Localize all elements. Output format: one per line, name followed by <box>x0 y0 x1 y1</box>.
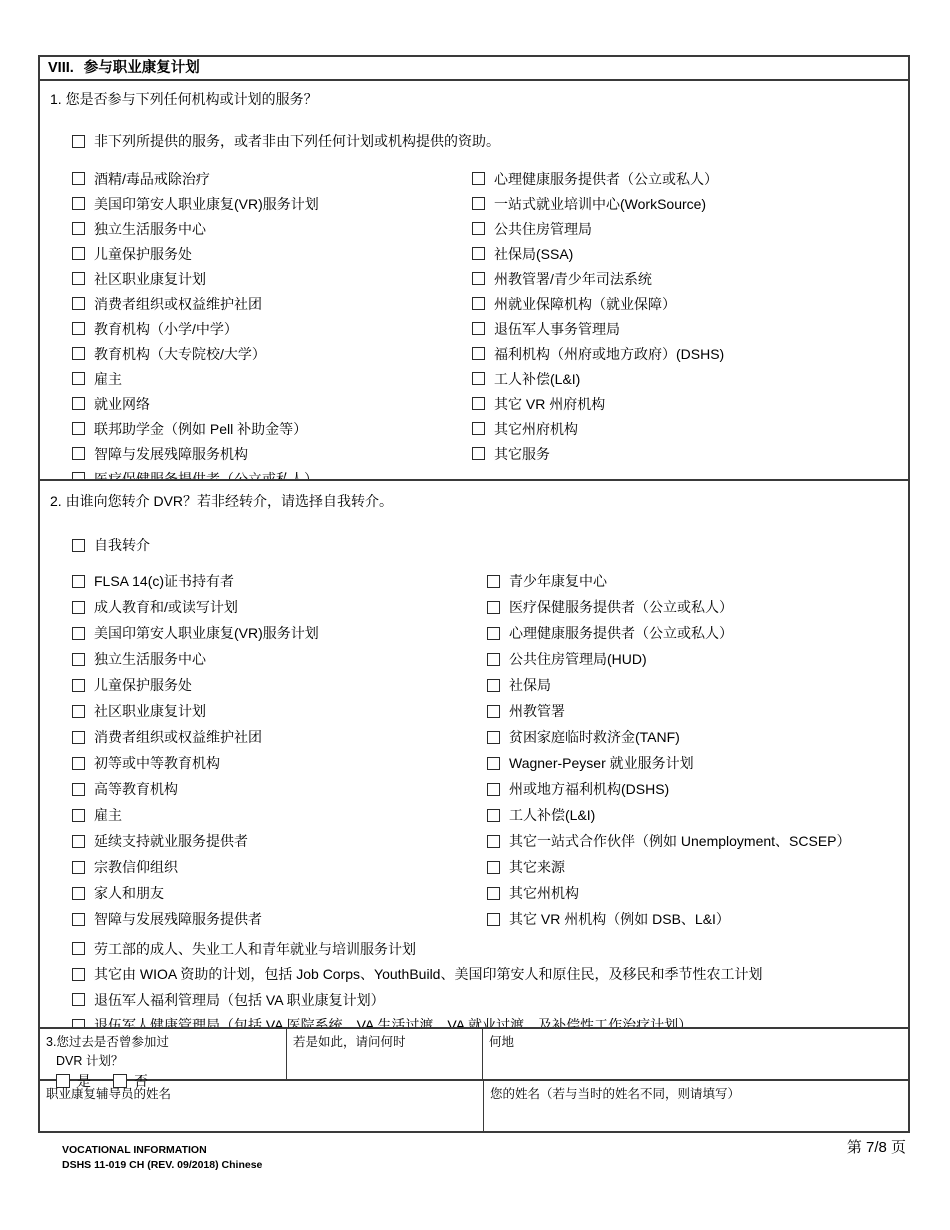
checkbox-option: 独立生活服务中心 <box>72 646 487 672</box>
checkbox-label: 其它由 WIOA 资助的计划，包括 Job Corps、YouthBuild、美… <box>94 964 762 984</box>
checkbox-option: 美国印第安人职业康复(VR)服务计划 <box>72 620 487 646</box>
checkbox-option: 一站式就业培训中心(WorkSource) <box>472 191 898 216</box>
checkbox-option: 雇主 <box>72 802 487 828</box>
question-1-options: 酒精/毒品戒除治疗美国印第安人职业康复(VR)服务计划独立生活服务中心儿童保护服… <box>72 166 898 481</box>
checkbox[interactable] <box>72 135 85 148</box>
checkbox[interactable] <box>72 447 85 460</box>
checkbox-label: 成人教育和/或读写计划 <box>94 597 238 617</box>
checkbox[interactable] <box>72 679 85 692</box>
checkbox-label: 就业网络 <box>94 394 150 414</box>
checkbox-option: 其它 VR 州府机构 <box>472 391 898 416</box>
checkbox-option: 智障与发展残障服务提供者 <box>72 906 487 932</box>
checkbox-label: 退伍军人福利管理局（包括 VA 职业康复计划） <box>94 990 385 1010</box>
checkbox[interactable] <box>472 197 485 210</box>
checkbox[interactable] <box>487 575 500 588</box>
checkbox-option: Wagner-Peyser 就业服务计划 <box>487 750 898 776</box>
names-row: 职业康复辅导员的姓名 您的姓名（若与当时的姓名不同，则请填写） <box>40 1081 908 1131</box>
checkbox-label: 心理健康服务提供者（公立或私人） <box>509 623 733 643</box>
when-cell: 若是如此，请问何时 <box>286 1029 482 1079</box>
checkbox-label: 心理健康服务提供者（公立或私人） <box>494 169 718 189</box>
checkbox-label: 独立生活服务中心 <box>94 649 206 669</box>
checkbox[interactable] <box>72 197 85 210</box>
checkbox[interactable] <box>487 627 500 640</box>
checkbox-option: 智障与发展残障服务机构 <box>72 441 472 466</box>
checkbox-label: 退伍军人健康管理局（包括 VA 医院系统、VA 生活过渡、VA 就业过渡，及补偿… <box>94 1015 692 1029</box>
checkbox[interactable] <box>487 731 500 744</box>
checkbox-option-self-referral: 自我转介 <box>72 535 898 555</box>
checkbox-label: 美国印第安人职业康复(VR)服务计划 <box>94 194 319 214</box>
checkbox[interactable] <box>487 887 500 900</box>
question-1-right-column: 心理健康服务提供者（公立或私人）一站式就业培训中心(WorkSource)公共住… <box>472 166 898 481</box>
checkbox-option: 贫困家庭临时救济金(TANF) <box>487 724 898 750</box>
checkbox[interactable] <box>72 575 85 588</box>
checkbox[interactable] <box>72 705 85 718</box>
question-2-right-column: 青少年康复中心医疗保健服务提供者（公立或私人）心理健康服务提供者（公立或私人）公… <box>487 568 898 932</box>
checkbox[interactable] <box>72 861 85 874</box>
checkbox-label: 其它 VR 州府机构 <box>494 394 605 414</box>
checkbox-label: 智障与发展残障服务机构 <box>94 444 248 464</box>
checkbox-option: 其它服务 <box>472 441 898 466</box>
checkbox-label: 州或地方福利机构(DSHS) <box>509 779 669 799</box>
checkbox-option: 工人补偿(L&I) <box>472 366 898 391</box>
checkbox-option: 美国印第安人职业康复(VR)服务计划 <box>72 191 472 216</box>
checkbox[interactable] <box>72 297 85 310</box>
checkbox-option: 退伍军人事务管理局 <box>472 316 898 341</box>
checkbox[interactable] <box>472 247 485 260</box>
checkbox-option: 公共住房管理局(HUD) <box>487 646 898 672</box>
checkbox[interactable] <box>487 757 500 770</box>
question-2-label: 2. 由谁向您转介 DVR？若非经转介，请选择自我转介。 <box>50 491 898 511</box>
checkbox-option: 社区职业康复计划 <box>72 698 487 724</box>
checkbox-option-none: 非下列所提供的服务，或者非由下列任何计划或机构提供的资助。 <box>72 131 898 151</box>
checkbox[interactable] <box>72 247 85 260</box>
checkbox-label: 消费者组织或权益维护社团 <box>94 294 262 314</box>
your-name-cell: 您的姓名（若与当时的姓名不同，则请填写） <box>483 1081 908 1131</box>
checkbox[interactable] <box>487 783 500 796</box>
checkbox[interactable] <box>487 913 500 926</box>
checkbox-label: 初等或中等教育机构 <box>94 753 220 773</box>
checkbox-option: 成人教育和/或读写计划 <box>72 594 487 620</box>
checkbox-option: 延续支持就业服务提供者 <box>72 828 487 854</box>
checkbox-label: 其它州机构 <box>509 883 579 903</box>
checkbox[interactable] <box>72 913 85 926</box>
checkbox-option: 消费者组织或权益维护社团 <box>72 291 472 316</box>
checkbox[interactable] <box>72 731 85 744</box>
counselor-name-label: 职业康复辅导员的姓名 <box>46 1084 477 1102</box>
checkbox[interactable] <box>72 397 85 410</box>
checkbox-label: 独立生活服务中心 <box>94 219 206 239</box>
section-numeral: VIII. <box>48 60 74 76</box>
checkbox-label: 医疗保健服务提供者（公立或私人） <box>509 597 733 617</box>
checkbox-option: 州就业保障机构（就业保障） <box>472 291 898 316</box>
checkbox-option: 家人和朋友 <box>72 880 487 906</box>
checkbox[interactable] <box>472 422 485 435</box>
checkbox-label: 其它一站式合作伙伴（例如 Unemployment、SCSEP） <box>509 831 851 851</box>
checkbox[interactable] <box>472 397 485 410</box>
checkbox[interactable] <box>72 887 85 900</box>
checkbox-label: 福利机构（州府或地方政府）(DSHS) <box>494 344 724 364</box>
checkbox-label: 自我转介 <box>94 535 150 555</box>
checkbox-label: 智障与发展残障服务提供者 <box>94 909 262 929</box>
question-3-cell: 3.您过去是否曾参加过 DVR 计划？ 是 否 <box>40 1029 286 1079</box>
question-1-left-column: 酒精/毒品戒除治疗美国印第安人职业康复(VR)服务计划独立生活服务中心儿童保护服… <box>72 166 472 481</box>
checkbox[interactable] <box>72 627 85 640</box>
checkbox[interactable] <box>72 809 85 822</box>
checkbox[interactable] <box>72 653 85 666</box>
checkbox[interactable] <box>72 783 85 796</box>
checkbox-option: 就业网络 <box>72 391 472 416</box>
checkbox-option: 社保局 <box>487 672 898 698</box>
checkbox[interactable] <box>487 679 500 692</box>
question-3-label-line1: 3.您过去是否曾参加过 <box>46 1032 280 1050</box>
checkbox-option: FLSA 14(c)证书持有者 <box>72 568 487 594</box>
checkbox-label: 其它州府机构 <box>494 419 578 439</box>
counselor-name-input[interactable] <box>42 1101 481 1129</box>
checkbox-label: 州就业保障机构（就业保障） <box>494 294 676 314</box>
checkbox-label: 社保局 <box>509 675 551 695</box>
checkbox-option: 其它 VR 州机构（例如 DSB、L&I） <box>487 906 898 932</box>
checkbox[interactable] <box>72 757 85 770</box>
where-input[interactable] <box>485 1049 906 1077</box>
question-1-block: 1. 您是否参与下列任何机构或计划的服务？ 非下列所提供的服务，或者非由下列任何… <box>40 81 908 481</box>
question-1-label: 1. 您是否参与下列任何机构或计划的服务？ <box>50 89 898 109</box>
checkbox-option: 医疗保健服务提供者（公立或私人） <box>72 466 472 481</box>
checkbox-label: 工人补偿(L&I) <box>494 369 580 389</box>
checkbox-label: 高等教育机构 <box>94 779 178 799</box>
checkbox[interactable] <box>472 222 485 235</box>
checkbox[interactable] <box>72 472 85 481</box>
checkbox-label: 美国印第安人职业康复(VR)服务计划 <box>94 623 319 643</box>
checkbox-option: 福利机构（州府或地方政府）(DSHS) <box>472 341 898 366</box>
checkbox[interactable] <box>72 222 85 235</box>
checkbox-option: 社保局(SSA) <box>472 241 898 266</box>
checkbox-label: 贫困家庭临时救济金(TANF) <box>509 727 680 747</box>
checkbox[interactable] <box>72 272 85 285</box>
checkbox[interactable] <box>472 272 485 285</box>
checkbox-label: 教育机构（大专院校/大学） <box>94 344 266 364</box>
checkbox-option: 公共住房管理局 <box>472 216 898 241</box>
checkbox-label: 公共住房管理局 <box>494 219 592 239</box>
checkbox[interactable] <box>487 861 500 874</box>
checkbox-label: 工人补偿(L&I) <box>509 805 595 825</box>
checkbox-label: 酒精/毒品戒除治疗 <box>94 169 210 189</box>
where-label: 何地 <box>489 1032 902 1050</box>
checkbox-label: 雇主 <box>94 805 122 825</box>
question-2-options: FLSA 14(c)证书持有者成人教育和/或读写计划美国印第安人职业康复(VR)… <box>72 568 898 932</box>
checkbox-option: 高等教育机构 <box>72 776 487 802</box>
checkbox-option: 州教管署 <box>487 698 898 724</box>
checkbox-option: 社区职业康复计划 <box>72 266 472 291</box>
section-title: 参与职业康复计划 <box>84 60 200 76</box>
checkbox-option: 其它来源 <box>487 854 898 880</box>
checkbox-label: 青少年康复中心 <box>509 571 607 591</box>
checkbox-label: 联邦助学金（例如 Pell 补助金等） <box>94 419 307 439</box>
checkbox[interactable] <box>487 835 500 848</box>
checkbox[interactable] <box>487 653 500 666</box>
checkbox-label: 非下列所提供的服务，或者非由下列任何计划或机构提供的资助。 <box>94 131 500 151</box>
checkbox-label: 医疗保健服务提供者（公立或私人） <box>94 469 318 482</box>
checkbox[interactable] <box>472 322 485 335</box>
checkbox-option: 联邦助学金（例如 Pell 补助金等） <box>72 416 472 441</box>
checkbox-option: 劳工部的成人、失业工人和青年就业与培训服务计划 <box>72 936 898 962</box>
checkbox-label: 其它 VR 州机构（例如 DSB、L&I） <box>509 909 730 929</box>
question-3-label-line2: DVR 计划？ <box>46 1051 280 1069</box>
checkbox-option: 教育机构（小学/中学） <box>72 316 472 341</box>
checkbox[interactable] <box>487 705 500 718</box>
checkbox-option: 心理健康服务提供者（公立或私人） <box>487 620 898 646</box>
checkbox-label: 州教管署 <box>509 701 565 721</box>
question-2-block: 2. 由谁向您转介 DVR？若非经转介，请选择自我转介。 自我转介 FLSA 1… <box>40 481 908 1029</box>
checkbox-option: 教育机构（大专院校/大学） <box>72 341 472 366</box>
checkbox[interactable] <box>72 347 85 360</box>
your-name-input[interactable] <box>486 1101 906 1129</box>
checkbox[interactable] <box>72 835 85 848</box>
checkbox-label: 雇主 <box>94 369 122 389</box>
checkbox-option: 其它州机构 <box>487 880 898 906</box>
checkbox[interactable] <box>72 172 85 185</box>
checkbox-option: 儿童保护服务处 <box>72 672 487 698</box>
checkbox-label: 州教管署/青少年司法系统 <box>494 269 652 289</box>
checkbox-option: 消费者组织或权益维护社团 <box>72 724 487 750</box>
checkbox-label: 其它服务 <box>494 444 550 464</box>
checkbox-label: 劳工部的成人、失业工人和青年就业与培训服务计划 <box>94 939 416 959</box>
form-footer-number: DSHS 11-019 CH (REV. 09/2018) Chinese <box>62 1158 262 1173</box>
checkbox-option: 退伍军人健康管理局（包括 VA 医院系统、VA 生活过渡、VA 就业过渡，及补偿… <box>72 1013 898 1030</box>
checkbox-option: 州或地方福利机构(DSHS) <box>487 776 898 802</box>
checkbox-label: 社区职业康复计划 <box>94 701 206 721</box>
checkbox[interactable] <box>72 601 85 614</box>
vocational-rehab-form: VIII.参与职业康复计划 1. 您是否参与下列任何机构或计划的服务？ 非下列所… <box>38 55 910 1133</box>
checkbox[interactable] <box>487 809 500 822</box>
checkbox[interactable] <box>472 447 485 460</box>
checkbox-label: 社区职业康复计划 <box>94 269 206 289</box>
checkbox-option: 州教管署/青少年司法系统 <box>472 266 898 291</box>
when-label: 若是如此，请问何时 <box>293 1032 476 1050</box>
checkbox[interactable] <box>72 942 85 955</box>
checkbox-label: 其它来源 <box>509 857 565 877</box>
checkbox-label: 退伍军人事务管理局 <box>494 319 620 339</box>
checkbox-label: 公共住房管理局(HUD) <box>509 649 647 669</box>
question-2-left-column: FLSA 14(c)证书持有者成人教育和/或读写计划美国印第安人职业康复(VR)… <box>72 568 487 932</box>
counselor-name-cell: 职业康复辅导员的姓名 <box>40 1081 483 1131</box>
checkbox-option: 其它一站式合作伙伴（例如 Unemployment、SCSEP） <box>487 828 898 854</box>
checkbox-label: 延续支持就业服务提供者 <box>94 831 248 851</box>
checkbox[interactable] <box>472 297 485 310</box>
checkbox-option: 工人补偿(L&I) <box>487 802 898 828</box>
checkbox-label: 儿童保护服务处 <box>94 675 192 695</box>
your-name-label: 您的姓名（若与当时的姓名不同，则请填写） <box>490 1084 902 1102</box>
checkbox-option: 初等或中等教育机构 <box>72 750 487 776</box>
when-input[interactable] <box>289 1049 480 1077</box>
checkbox-label: 消费者组织或权益维护社团 <box>94 727 262 747</box>
section-header: VIII.参与职业康复计划 <box>40 57 908 81</box>
checkbox-option: 宗教信仰组织 <box>72 854 487 880</box>
checkbox-option: 心理健康服务提供者（公立或私人） <box>472 166 898 191</box>
checkbox-option: 酒精/毒品戒除治疗 <box>72 166 472 191</box>
checkbox-label: 家人和朋友 <box>94 883 164 903</box>
checkbox-option: 其它由 WIOA 资助的计划，包括 Job Corps、YouthBuild、美… <box>72 962 898 988</box>
checkbox[interactable] <box>72 968 85 981</box>
where-cell: 何地 <box>482 1029 908 1079</box>
checkbox-label: Wagner-Peyser 就业服务计划 <box>509 753 694 773</box>
checkbox[interactable] <box>487 601 500 614</box>
checkbox-option: 独立生活服务中心 <box>72 216 472 241</box>
checkbox-option: 儿童保护服务处 <box>72 241 472 266</box>
checkbox-label: 儿童保护服务处 <box>94 244 192 264</box>
checkbox[interactable] <box>472 347 485 360</box>
checkbox-option: 雇主 <box>72 366 472 391</box>
checkbox-option: 其它州府机构 <box>472 416 898 441</box>
question-2-full-width-options: 劳工部的成人、失业工人和青年就业与培训服务计划其它由 WIOA 资助的计划，包括… <box>72 936 898 1029</box>
form-footer: VOCATIONAL INFORMATION DSHS 11-019 CH (R… <box>62 1143 262 1173</box>
checkbox[interactable] <box>72 372 85 385</box>
checkbox[interactable] <box>72 422 85 435</box>
checkbox-option: 青少年康复中心 <box>487 568 898 594</box>
checkbox-label: 教育机构（小学/中学） <box>94 319 238 339</box>
page-number: 第 7/8 页 <box>847 1136 906 1157</box>
checkbox[interactable] <box>72 539 85 552</box>
question-3-row: 3.您过去是否曾参加过 DVR 计划？ 是 否 若是如此，请问何时 何地 <box>40 1029 908 1081</box>
checkbox-label: 社保局(SSA) <box>494 244 573 264</box>
checkbox-label: 宗教信仰组织 <box>94 857 178 877</box>
checkbox[interactable] <box>72 322 85 335</box>
checkbox[interactable] <box>72 993 85 1006</box>
checkbox[interactable] <box>72 1019 85 1029</box>
checkbox-label: 一站式就业培训中心(WorkSource) <box>494 194 706 214</box>
checkbox-label: FLSA 14(c)证书持有者 <box>94 571 234 591</box>
checkbox-option: 医疗保健服务提供者（公立或私人） <box>487 594 898 620</box>
checkbox[interactable] <box>472 372 485 385</box>
checkbox-option: 退伍军人福利管理局（包括 VA 职业康复计划） <box>72 987 898 1013</box>
form-footer-title: VOCATIONAL INFORMATION <box>62 1143 262 1158</box>
checkbox[interactable] <box>472 172 485 185</box>
